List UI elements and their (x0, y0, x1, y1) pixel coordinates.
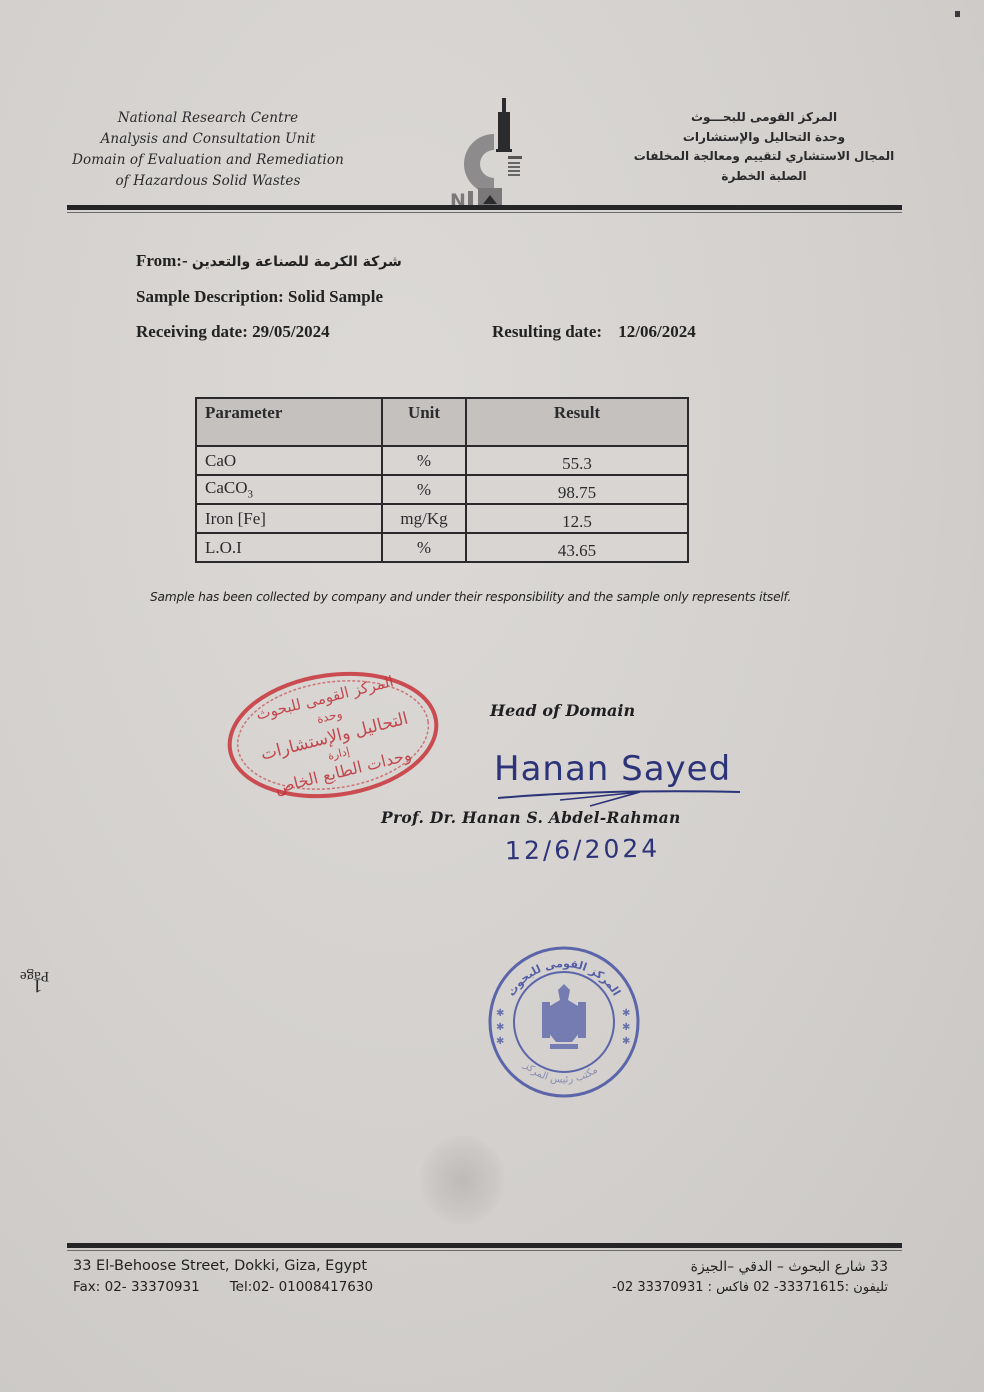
cell-parameter: Iron [Fe] (196, 504, 382, 533)
cell-parameter: CaO (196, 446, 382, 475)
footer-contact-english: 33 El-Behoose Street, Dokki, Giza, Egypt… (73, 1255, 373, 1297)
column-header-result: Result (466, 398, 688, 446)
footer-tel-en: Tel:02- 01008417630 (230, 1279, 373, 1295)
footer-divider (67, 1243, 902, 1248)
footer-divider-thin (67, 1250, 902, 1251)
header-ar-line: الصلبة الخطرة (620, 167, 908, 187)
table-header-row: Parameter Unit Result (196, 398, 688, 446)
results-table: Parameter Unit Result CaO%55.3CaCO3%98.7… (195, 397, 689, 563)
table-row: CaCO3%98.75 (196, 475, 688, 504)
cell-parameter: L.O.I (196, 533, 382, 562)
resulting-date-label: Resulting date: (492, 322, 602, 341)
official-seal-icon: المركز القومى للبحوث مكتب رئيس المركز ✱✱… (478, 940, 648, 1100)
paper-speck (955, 11, 960, 17)
svg-text:Hanan Sayed: Hanan Sayed (494, 749, 731, 789)
receiving-date-row: Receiving date: 29/05/2024 (136, 322, 330, 342)
cell-parameter: CaCO3 (196, 475, 382, 504)
header-ar-line: وحدة التحاليل والإستشارات (620, 128, 908, 148)
from-row: From:- شركة الكرمة للصناعة والتعدين (136, 251, 408, 271)
resulting-date-row: Resulting date: 12/06/2024 (492, 322, 696, 342)
sample-description-value: Solid Sample (288, 287, 383, 306)
handwritten-date: 12/6/2024 (505, 834, 661, 866)
header-divider (67, 205, 902, 210)
svg-text:✱: ✱ (496, 1036, 504, 1047)
nrc-logo-icon: N (444, 96, 528, 208)
cell-result: 43.65 (466, 533, 688, 562)
header-org-english: National Research Centre Analysis and Co… (60, 108, 356, 192)
header-ar-line: المجال الاستشاري لتقييم ومعالجة المخلفات (620, 147, 908, 167)
red-stamp-icon: المركز القومى للبحوث وحدة التحاليل والإس… (222, 662, 444, 808)
fingerprint-smudge (420, 1135, 505, 1225)
cell-unit: % (382, 533, 466, 562)
header-en-line: of Hazardous Solid Wastes (60, 171, 356, 192)
svg-text:✱: ✱ (496, 1022, 504, 1033)
table-row: L.O.I%43.65 (196, 533, 688, 562)
header-en-line: Analysis and Consultation Unit (60, 129, 356, 150)
sample-description-label: Sample Description: (136, 287, 284, 306)
sample-description-row: Sample Description: Solid Sample (136, 287, 383, 307)
column-header-unit: Unit (382, 398, 466, 446)
svg-text:✱: ✱ (622, 1022, 630, 1033)
svg-text:وحدة: وحدة (315, 706, 344, 727)
handwritten-signature: Hanan Sayed (490, 740, 755, 810)
document-page: National Research Centre Analysis and Co… (0, 0, 984, 1392)
cell-unit: % (382, 446, 466, 475)
cell-result: 55.3 (466, 446, 688, 475)
header-ar-line: المركز القومى للبحـــوث (620, 108, 908, 128)
table-row: Iron [Fe]mg/Kg12.5 (196, 504, 688, 533)
page-number: 1 Page (14, 962, 54, 1022)
from-company-name: شركة الكرمة للصناعة والتعدين (192, 254, 402, 270)
footer-contact-arabic: 33 شارع البحوث – الدقي –الجيزة تليفون :3… (560, 1256, 888, 1298)
footer-fax-en: Fax: 02- 33370931 (73, 1279, 200, 1295)
disclaimer-note: Sample has been collected by company and… (150, 590, 791, 604)
footer-phone-ar: تليفون :33371615- 02 فاكس : 33370931 02- (560, 1278, 888, 1298)
footer-address-ar: 33 شارع البحوث – الدقي –الجيزة (560, 1256, 888, 1278)
header-org-arabic: المركز القومى للبحـــوث وحدة التحاليل وا… (620, 108, 908, 186)
footer-address-en: 33 El-Behoose Street, Dokki, Giza, Egypt (73, 1255, 373, 1277)
receiving-date-label: Receiving date: (136, 322, 248, 341)
receiving-date-value: 29/05/2024 (252, 322, 329, 341)
header-en-line: National Research Centre (60, 108, 356, 129)
cell-result: 98.75 (466, 475, 688, 504)
signatory-title: Head of Domain (490, 701, 635, 720)
page-label: Page (20, 967, 49, 984)
cell-unit: mg/Kg (382, 504, 466, 533)
cell-result: 12.5 (466, 504, 688, 533)
cell-unit: % (382, 475, 466, 504)
svg-text:✱: ✱ (496, 1008, 504, 1019)
svg-text:✱: ✱ (622, 1036, 630, 1047)
header-divider-thin (67, 212, 902, 213)
table-row: CaO%55.3 (196, 446, 688, 475)
resulting-date-value: 12/06/2024 (618, 322, 695, 341)
signatory-name: Prof. Dr. Hanan S. Abdel-Rahman (381, 808, 681, 827)
from-label: From:- (136, 251, 188, 270)
svg-text:✱: ✱ (622, 1008, 630, 1019)
header-en-line: Domain of Evaluation and Remediation (60, 150, 356, 171)
column-header-parameter: Parameter (196, 398, 382, 446)
